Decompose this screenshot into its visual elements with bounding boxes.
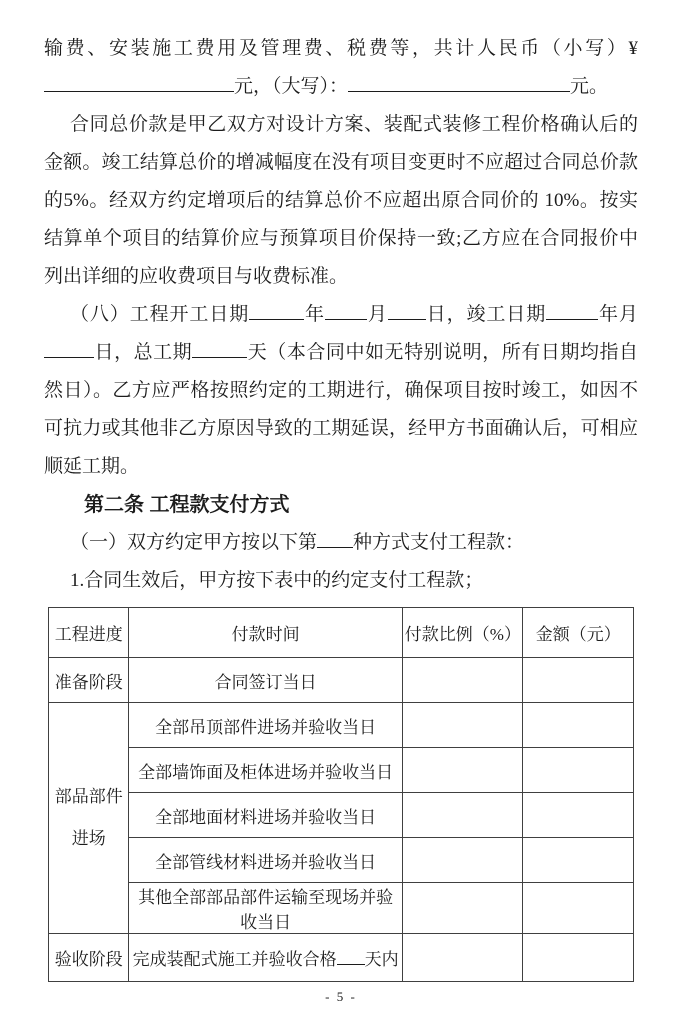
method-number-blank-underline bbox=[317, 544, 353, 548]
amount-cell-empty bbox=[523, 658, 634, 703]
currency-symbol: ¥ bbox=[629, 38, 639, 59]
amount-cell-empty bbox=[523, 838, 634, 883]
ratio-cell-empty bbox=[402, 748, 523, 793]
finish-day-blank-underline bbox=[44, 354, 94, 358]
item-1-text: 1.合同生效后，甲方按下表中的约定支付工程款； bbox=[70, 570, 483, 591]
amount-cell-empty bbox=[523, 793, 634, 838]
dates-text-4: 日，竣工日期 bbox=[426, 304, 546, 325]
table-row-prepare: 准备阶段 合同签订当日 bbox=[49, 658, 634, 703]
table-row-parts-2: 全部墙饰面及柜体进场并验收当日 bbox=[49, 748, 634, 793]
start-year-blank-underline bbox=[249, 316, 304, 320]
page-number: - 5 - bbox=[44, 989, 638, 1005]
dates-text-2: 年 bbox=[304, 304, 325, 325]
table-row-parts-3: 全部地面材料进场并验收当日 bbox=[49, 793, 634, 838]
stage-parts-cell: 部品部件 进场 bbox=[49, 703, 129, 934]
time-cell-final: 完成装配式施工并验收合格天内 bbox=[129, 934, 402, 982]
amount-cell-empty bbox=[523, 934, 634, 982]
time-cell: 全部吊顶部件进场并验收当日 bbox=[129, 703, 402, 748]
costs-text: 输费、安装施工费用及管理费、税费等，共计人民币（小写） bbox=[44, 38, 629, 59]
dates-text-5: 年月 bbox=[598, 304, 638, 325]
stage-parts-line-1: 部品部件 bbox=[51, 776, 126, 818]
contract-document-page: 输费、安装施工费用及管理费、税费等，共计人民币（小写）¥元，（大写）：元。 合同… bbox=[0, 0, 682, 1018]
table-row-accept: 验收阶段 完成装配式施工并验收合格天内 bbox=[49, 934, 634, 982]
header-amount: 金额（元） bbox=[523, 608, 634, 658]
section-heading-article-2: 第二条 工程款支付方式 bbox=[44, 486, 638, 524]
duration-blank-underline bbox=[192, 354, 247, 358]
finish-year-blank-underline bbox=[546, 316, 598, 320]
amount-mid-text: 元，（大写）： bbox=[234, 76, 348, 97]
amount-cell-empty bbox=[523, 748, 634, 793]
accept-days-blank-underline bbox=[337, 961, 365, 965]
total-price-text: 合同总价款是甲乙双方对设计方案、装配式装修工程价格确认后的金额。竣工结算总价的增… bbox=[44, 114, 638, 287]
time-cell: 合同签订当日 bbox=[129, 658, 402, 703]
time-cell: 其他全部部品部件运输至现场并验收当日 bbox=[129, 883, 402, 934]
paragraph-total-price: 合同总价款是甲乙双方对设计方案、装配式装修工程价格确认后的金额。竣工结算总价的增… bbox=[44, 106, 638, 296]
ratio-cell-empty bbox=[402, 793, 523, 838]
table-row-parts-5: 其他全部部品部件运输至现场并验收当日 bbox=[49, 883, 634, 934]
ratio-cell-empty bbox=[402, 934, 523, 982]
paragraph-costs-continuation: 输费、安装施工费用及管理费、税费等，共计人民币（小写）¥元，（大写）：元。 bbox=[44, 30, 638, 106]
payment-schedule-table: 工程进度 付款时间 付款比例（%） 金额（元） 准备阶段 合同签订当日 部品部件… bbox=[48, 607, 634, 982]
time-cell: 全部地面材料进场并验收当日 bbox=[129, 793, 402, 838]
method-text-2: 种方式支付工程款： bbox=[353, 532, 524, 553]
paragraph-payment-method: （一）双方约定甲方按以下第种方式支付工程款： bbox=[44, 524, 638, 562]
dates-text-6: 日，总工期 bbox=[94, 342, 192, 363]
ratio-cell-empty bbox=[402, 883, 523, 934]
ratio-cell-empty bbox=[402, 658, 523, 703]
header-stage: 工程进度 bbox=[49, 608, 129, 658]
start-day-blank-underline bbox=[388, 316, 426, 320]
amount-cell-empty bbox=[523, 703, 634, 748]
final-time-prefix: 完成装配式施工并验收合格 bbox=[133, 950, 337, 969]
dates-text-1: （八）工程开工日期 bbox=[70, 304, 249, 325]
amount-end-text: 元。 bbox=[570, 76, 608, 97]
time-cell: 全部墙饰面及柜体进场并验收当日 bbox=[129, 748, 402, 793]
dates-text-3: 月 bbox=[367, 304, 388, 325]
final-time-suffix: 天内 bbox=[365, 950, 399, 969]
amount-words-blank-underline bbox=[348, 88, 570, 92]
table-header-row: 工程进度 付款时间 付款比例（%） 金额（元） bbox=[49, 608, 634, 658]
paragraph-dates-clause-8: （八）工程开工日期年月日，竣工日期年月日，总工期天（本合同中如无特别说明，所有日… bbox=[44, 296, 638, 486]
method-text-1: （一）双方约定甲方按以下第 bbox=[70, 532, 317, 553]
stage-parts-line-2: 进场 bbox=[51, 818, 126, 860]
ratio-cell-empty bbox=[402, 838, 523, 883]
stage-prepare-cell: 准备阶段 bbox=[49, 658, 129, 703]
table-row-parts-1: 部品部件 进场 全部吊顶部件进场并验收当日 bbox=[49, 703, 634, 748]
time-cell: 全部管线材料进场并验收当日 bbox=[129, 838, 402, 883]
start-month-blank-underline bbox=[325, 316, 367, 320]
stage-accept-cell: 验收阶段 bbox=[49, 934, 129, 982]
header-ratio: 付款比例（%） bbox=[402, 608, 523, 658]
amount-cell-empty bbox=[523, 883, 634, 934]
paragraph-item-1: 1.合同生效后，甲方按下表中的约定支付工程款； bbox=[44, 562, 638, 600]
header-time: 付款时间 bbox=[129, 608, 402, 658]
table-row-parts-4: 全部管线材料进场并验收当日 bbox=[49, 838, 634, 883]
ratio-cell-empty bbox=[402, 703, 523, 748]
amount-numeric-blank-underline bbox=[44, 88, 234, 92]
